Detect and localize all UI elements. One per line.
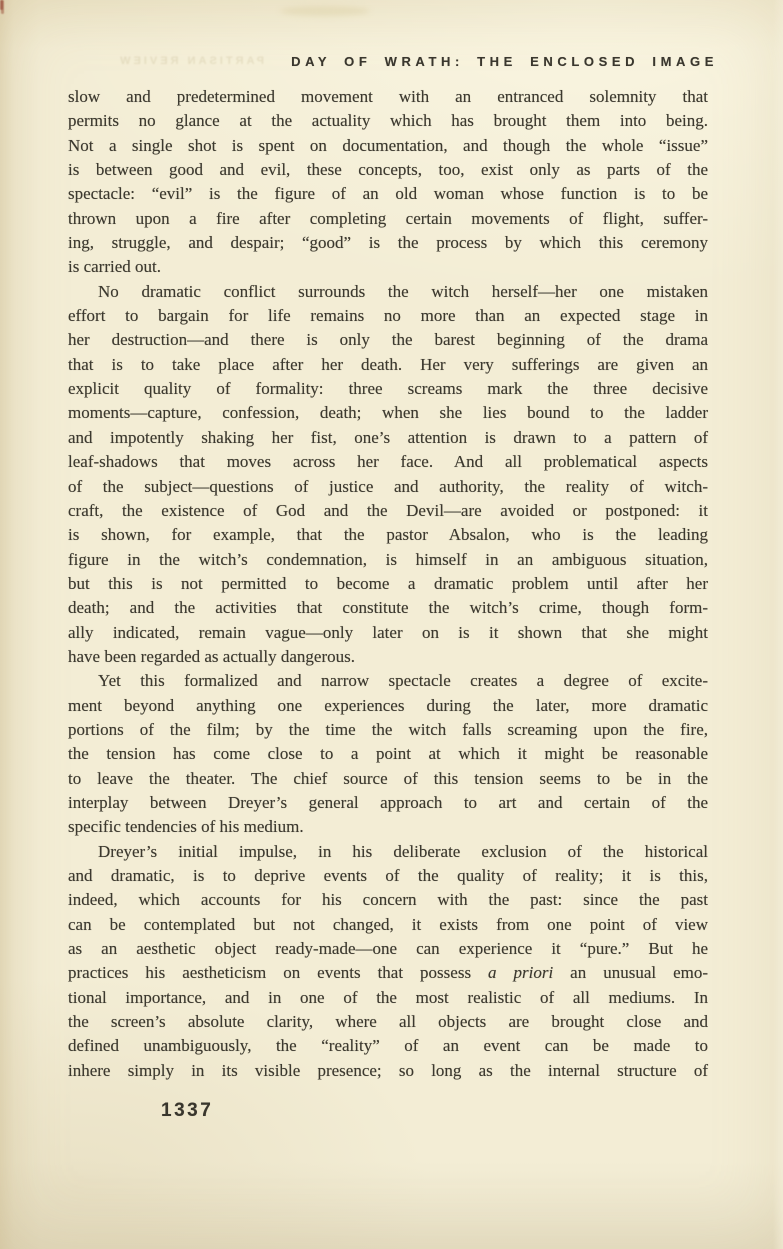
text-line: specific tendencies of his medium. [68,815,708,839]
text-line: figure in the witch’s condemnation, is h… [68,548,708,572]
text-line: explicit quality of formality: three scr… [68,377,708,401]
text-line: portions of the film; by the time the wi… [68,718,708,742]
text-line: have been regarded as actually dangerous… [68,645,708,669]
text-line: interplay between Dreyer’s general appro… [68,791,708,815]
text-line: leaf-shadows that moves across her face.… [68,450,708,474]
text-line: thrown upon a fire after completing cert… [68,207,708,231]
text-line: ment beyond anything one experiences dur… [68,694,708,718]
paragraph: Yet this formalized and narrow spectacle… [68,669,708,839]
text-block: slow and predetermined movement with an … [68,85,708,1083]
text-line: and dramatic, is to deprive events of th… [68,864,708,888]
text-line: Yet this formalized and narrow spectacle… [68,669,708,693]
text-segment: practices his aestheticism on events tha… [68,963,488,982]
text-line: slow and predetermined movement with an … [68,85,708,109]
show-through-text: PARTISAN REVIEW [84,55,264,67]
text-line: but this is not permitted to become a dr… [68,572,708,596]
paragraph: slow and predetermined movement with an … [68,85,708,280]
text-line: that is to take place after her death. H… [68,353,708,377]
text-line: can be contemplated but not changed, it … [68,913,708,937]
text-line: as an aesthetic object ready-made—one ca… [68,937,708,961]
binding-edge-speck [1,0,4,14]
paragraph: No dramatic conflict surrounds the witch… [68,280,708,670]
text-line: ing, struggle, and despair; “good” is th… [68,231,708,255]
paper-stain [280,6,370,16]
text-line: effort to bargain for life remains no mo… [68,304,708,328]
text-line: inhere simply in its visible presence; s… [68,1059,708,1083]
text-line: ally indicated, remain vague—only later … [68,621,708,645]
book-page-scan: PARTISAN REVIEW DAY OF WRATH: THE ENCLOS… [0,0,783,1249]
text-line: the tension has come close to a point at… [68,742,708,766]
text-segment: an unusual emo- [553,963,708,982]
text-line: No dramatic conflict surrounds the witch… [68,280,708,304]
text-line: spectacle: “evil” is the figure of an ol… [68,182,708,206]
text-line: of the subject—questions of justice and … [68,475,708,499]
text-line: the screen’s absolute clarity, where all… [68,1010,708,1034]
text-line: indeed, which accounts for his concern w… [68,888,708,912]
text-line: and impotently shaking her fist, one’s a… [68,426,708,450]
text-line: permits no glance at the actuality which… [68,109,708,133]
paragraph: Dreyer’s initial impulse, in his deliber… [68,840,708,1083]
text-line: Dreyer’s initial impulse, in his deliber… [68,840,708,864]
text-line: is carried out. [68,255,708,279]
text-line: practices his aestheticism on events tha… [68,961,708,985]
text-line: is shown, for example, that the pastor A… [68,523,708,547]
text-line: tional importance, and in one of the mos… [68,986,708,1010]
page-number: 1337 [161,1100,213,1122]
text-line: craft, the existence of God and the Devi… [68,499,708,523]
text-line: her destruction—and there is only the ba… [68,328,708,352]
text-line: Not a single shot is spent on documentat… [68,134,708,158]
italic-text: a priori [488,963,553,982]
running-header: DAY OF WRATH: THE ENCLOSED IMAGE [248,54,718,69]
text-line: moments—capture, confession, death; when… [68,401,708,425]
text-line: death; and the activities that constitut… [68,596,708,620]
text-line: defined unambiguously, the “reality” of … [68,1034,708,1058]
text-line: to leave the theater. The chief source o… [68,767,708,791]
text-line: is between good and evil, these concepts… [68,158,708,182]
